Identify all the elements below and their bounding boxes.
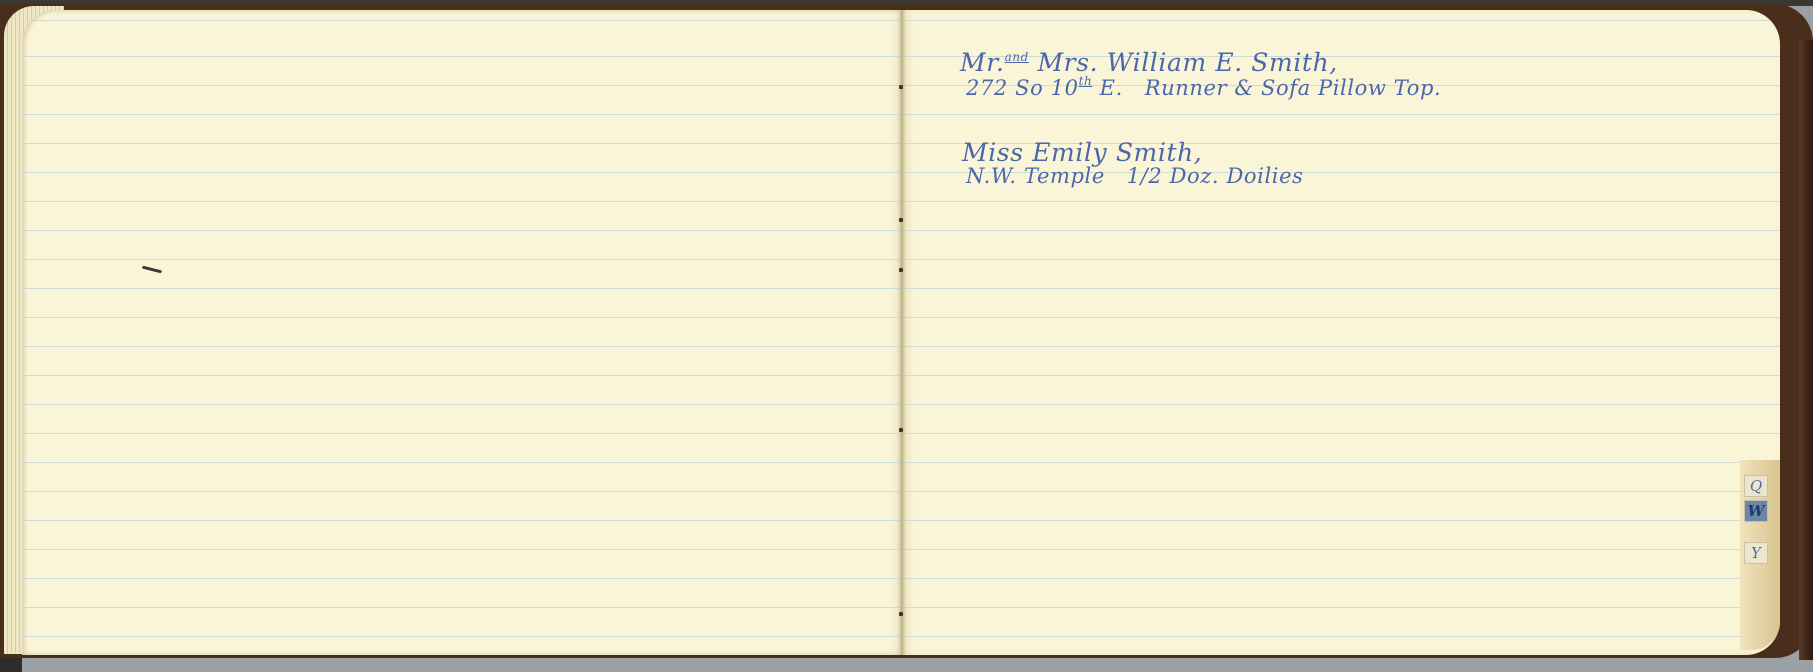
index-tab[interactable]: Y [1744, 542, 1768, 564]
entry-2-detail: N.W. Temple 1/2 Doz. Doilies [966, 164, 1304, 188]
center-gutter [898, 10, 906, 655]
right-page: Mr.and Mrs. William E. Smith, 272 So 10t… [902, 10, 1780, 655]
entry-1-prefix: Mr. [960, 48, 1005, 77]
entry-2-name-text: Miss Emily Smith, [962, 138, 1202, 167]
index-tab[interactable]: Q [1744, 475, 1768, 497]
index-tab[interactable]: W [1744, 500, 1768, 522]
entry-1-item: Runner & Sofa Pillow Top. [1145, 76, 1442, 100]
entry-1-address: 272 So 10 [966, 76, 1079, 100]
cover-spine-edge [1799, 40, 1813, 660]
binding-stitch [899, 218, 903, 222]
ruled-lines [22, 10, 902, 655]
binding-stitch [899, 85, 903, 89]
entry-1-detail: 272 So 10th E. Runner & Sofa Pillow Top. [966, 74, 1441, 100]
binding-stitch [899, 268, 903, 272]
entry-1-and: and [1005, 50, 1029, 64]
entry-1-name-rest: Mrs. William E. Smith, [1037, 48, 1337, 77]
entry-1-address-rest: E. [1100, 76, 1123, 100]
entry-1-name: Mr.and Mrs. William E. Smith, [960, 48, 1338, 77]
ruled-lines [902, 10, 1780, 655]
entry-2-item: 1/2 Doz. Doilies [1127, 164, 1304, 188]
binding-stitch [899, 612, 903, 616]
entry-2-address: N.W. Temple [966, 164, 1105, 188]
binding-stitch [899, 428, 903, 432]
left-page [22, 10, 902, 655]
entry-2-name: Miss Emily Smith, [962, 138, 1202, 167]
entry-1-address-sup: th [1079, 74, 1093, 88]
